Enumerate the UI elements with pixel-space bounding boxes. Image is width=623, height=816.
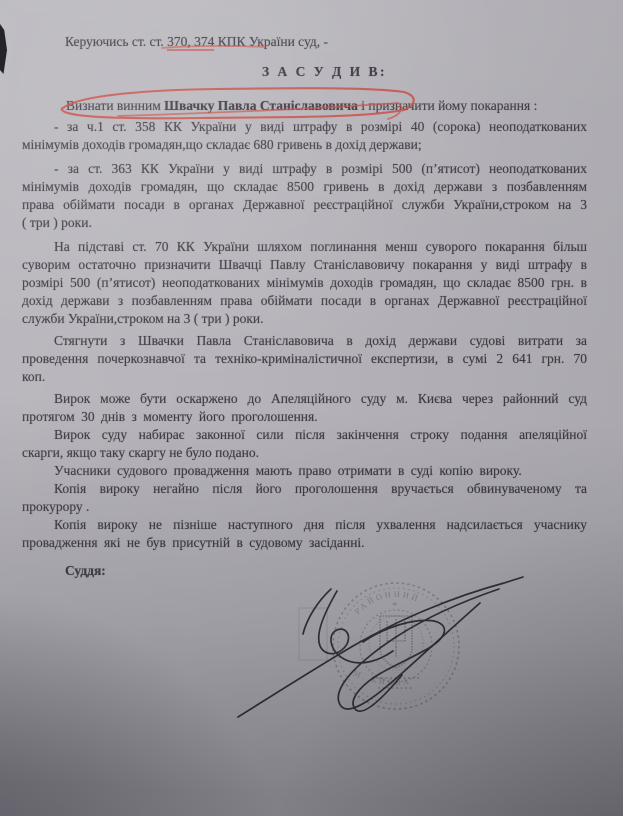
svg-text:М. КИЄВА: М. КИЄВА (352, 668, 412, 688)
text-line: протягом 30 днів з моменту його проголош… (22, 408, 587, 426)
text-line: прокурору . (22, 498, 587, 516)
text-line: коп. (22, 368, 587, 386)
tryzub-icon (380, 616, 412, 668)
text-line: Стягнути з Швачки Павла Станіславовича в… (22, 332, 587, 350)
stamp-bottom-arc-text: М. КИЄВА (352, 668, 412, 688)
verdict-heading: З А С У Д И В: (22, 63, 587, 81)
text-line: дохід держави з позбавленням права обійм… (22, 292, 587, 310)
verdict-text-post: і призначити йому покарання : (358, 98, 537, 113)
text-line: - за ч.1 ст. 358 КК України у виді штраф… (22, 118, 587, 136)
text-line: права обіймати посади в органах Державно… (22, 196, 587, 214)
paragraph-legal-force: Вирок суду набирає законної сили після з… (22, 426, 587, 462)
stamp-outer-ring (333, 583, 459, 709)
text-line: Копія вироку не пізніше наступного дня п… (22, 516, 587, 534)
paragraph-appeal: Вирок може бути оскаржено до Апеляційног… (22, 390, 587, 426)
text-line: Учасники судового провадження мають прав… (22, 462, 587, 480)
signature-stroke (319, 591, 393, 663)
signature-stroke (303, 589, 331, 634)
svg-text:РАЙОННИЙ: РАЙОННИЙ (352, 589, 422, 616)
text-line: На підставі ст. 70 КК України шляхом пог… (22, 238, 587, 256)
verdict-text-pre: Визнати винним (66, 98, 164, 113)
paragraph-court-costs: Стягнути з Швачки Павла Станіславовича в… (22, 332, 587, 386)
signature-stroke (338, 589, 499, 709)
intro-line: Керуючись ст. ст. 370, 374 КПК України с… (22, 33, 587, 51)
judge-label: Суддя: (22, 562, 587, 580)
paragraph-copy-sent: Копія вироку не пізніше наступного дня п… (22, 516, 587, 552)
text-line: проведення почеркознавчої та техніко-кри… (22, 350, 587, 368)
stamp-star: * (392, 600, 398, 612)
faint-impression (299, 608, 327, 660)
text-line: розмірі 500 (п’ятисот) неоподаткованих м… (22, 274, 587, 292)
signature-stroke (238, 577, 523, 717)
statute-numbers-underlined: 370, 374 (167, 34, 214, 51)
text-line: - за ст. 363 КК України у виді штрафу в … (22, 160, 587, 178)
text-line: мінімумів доходів громадян,що складає 68… (22, 136, 587, 154)
text-line: провадження які не був присутній в судов… (22, 534, 587, 552)
text-line: ( три ) роки. (22, 214, 587, 232)
verdict-line: Визнати винним Швачку Павла Станіславови… (22, 97, 587, 115)
paragraph-participants: Учасники судового провадження мають прав… (22, 462, 587, 480)
photographed-court-document: Керуючись ст. ст. 370, 374 КПК України с… (0, 0, 623, 816)
paragraph-art-70: На підставі ст. 70 КК України шляхом пог… (22, 238, 587, 328)
text-line: Вирок суду набирає законної сили після з… (22, 426, 587, 444)
document-text-block: Керуючись ст. ст. 370, 374 КПК України с… (0, 0, 623, 580)
paragraph-copy-served: Копія вироку негайно після його проголош… (22, 480, 587, 516)
text-line: Вирок може бути оскаржено до Апеляційног… (22, 390, 587, 408)
intro-text-pre: Керуючись ст. ст. (65, 34, 167, 49)
text-line: скарги, якщо таку скаргу не було подано. (22, 444, 587, 462)
defendant-name: Швачку Павла Станіславовича (164, 98, 358, 113)
text-line: суворим остаточно призначити Швачці Павл… (22, 256, 587, 274)
text-line: Копія вироку негайно після його проголош… (22, 480, 587, 498)
emblem-hatch-ring (369, 616, 423, 670)
paragraph-art-358: - за ч.1 ст. 358 КК України у виді штраф… (22, 118, 587, 154)
stamp-inner-ring (360, 610, 432, 682)
court-stamp: * РАЙОННИЙ М. КИЄВА (299, 583, 459, 709)
text-line: мінімумів доходів громадян, що складає 8… (22, 178, 587, 196)
stamp-mid-ring (338, 588, 454, 704)
text-line: служби України,строком на 3 ( три ) роки… (22, 310, 587, 328)
paragraph-art-363: - за ст. 363 КК України у виді штрафу в … (22, 160, 587, 232)
stamp-top-arc-text: РАЙОННИЙ (352, 589, 422, 616)
intro-text-post: КПК України суд, - (214, 34, 328, 49)
judge-signature (238, 577, 523, 717)
signature-stroke (353, 620, 444, 711)
